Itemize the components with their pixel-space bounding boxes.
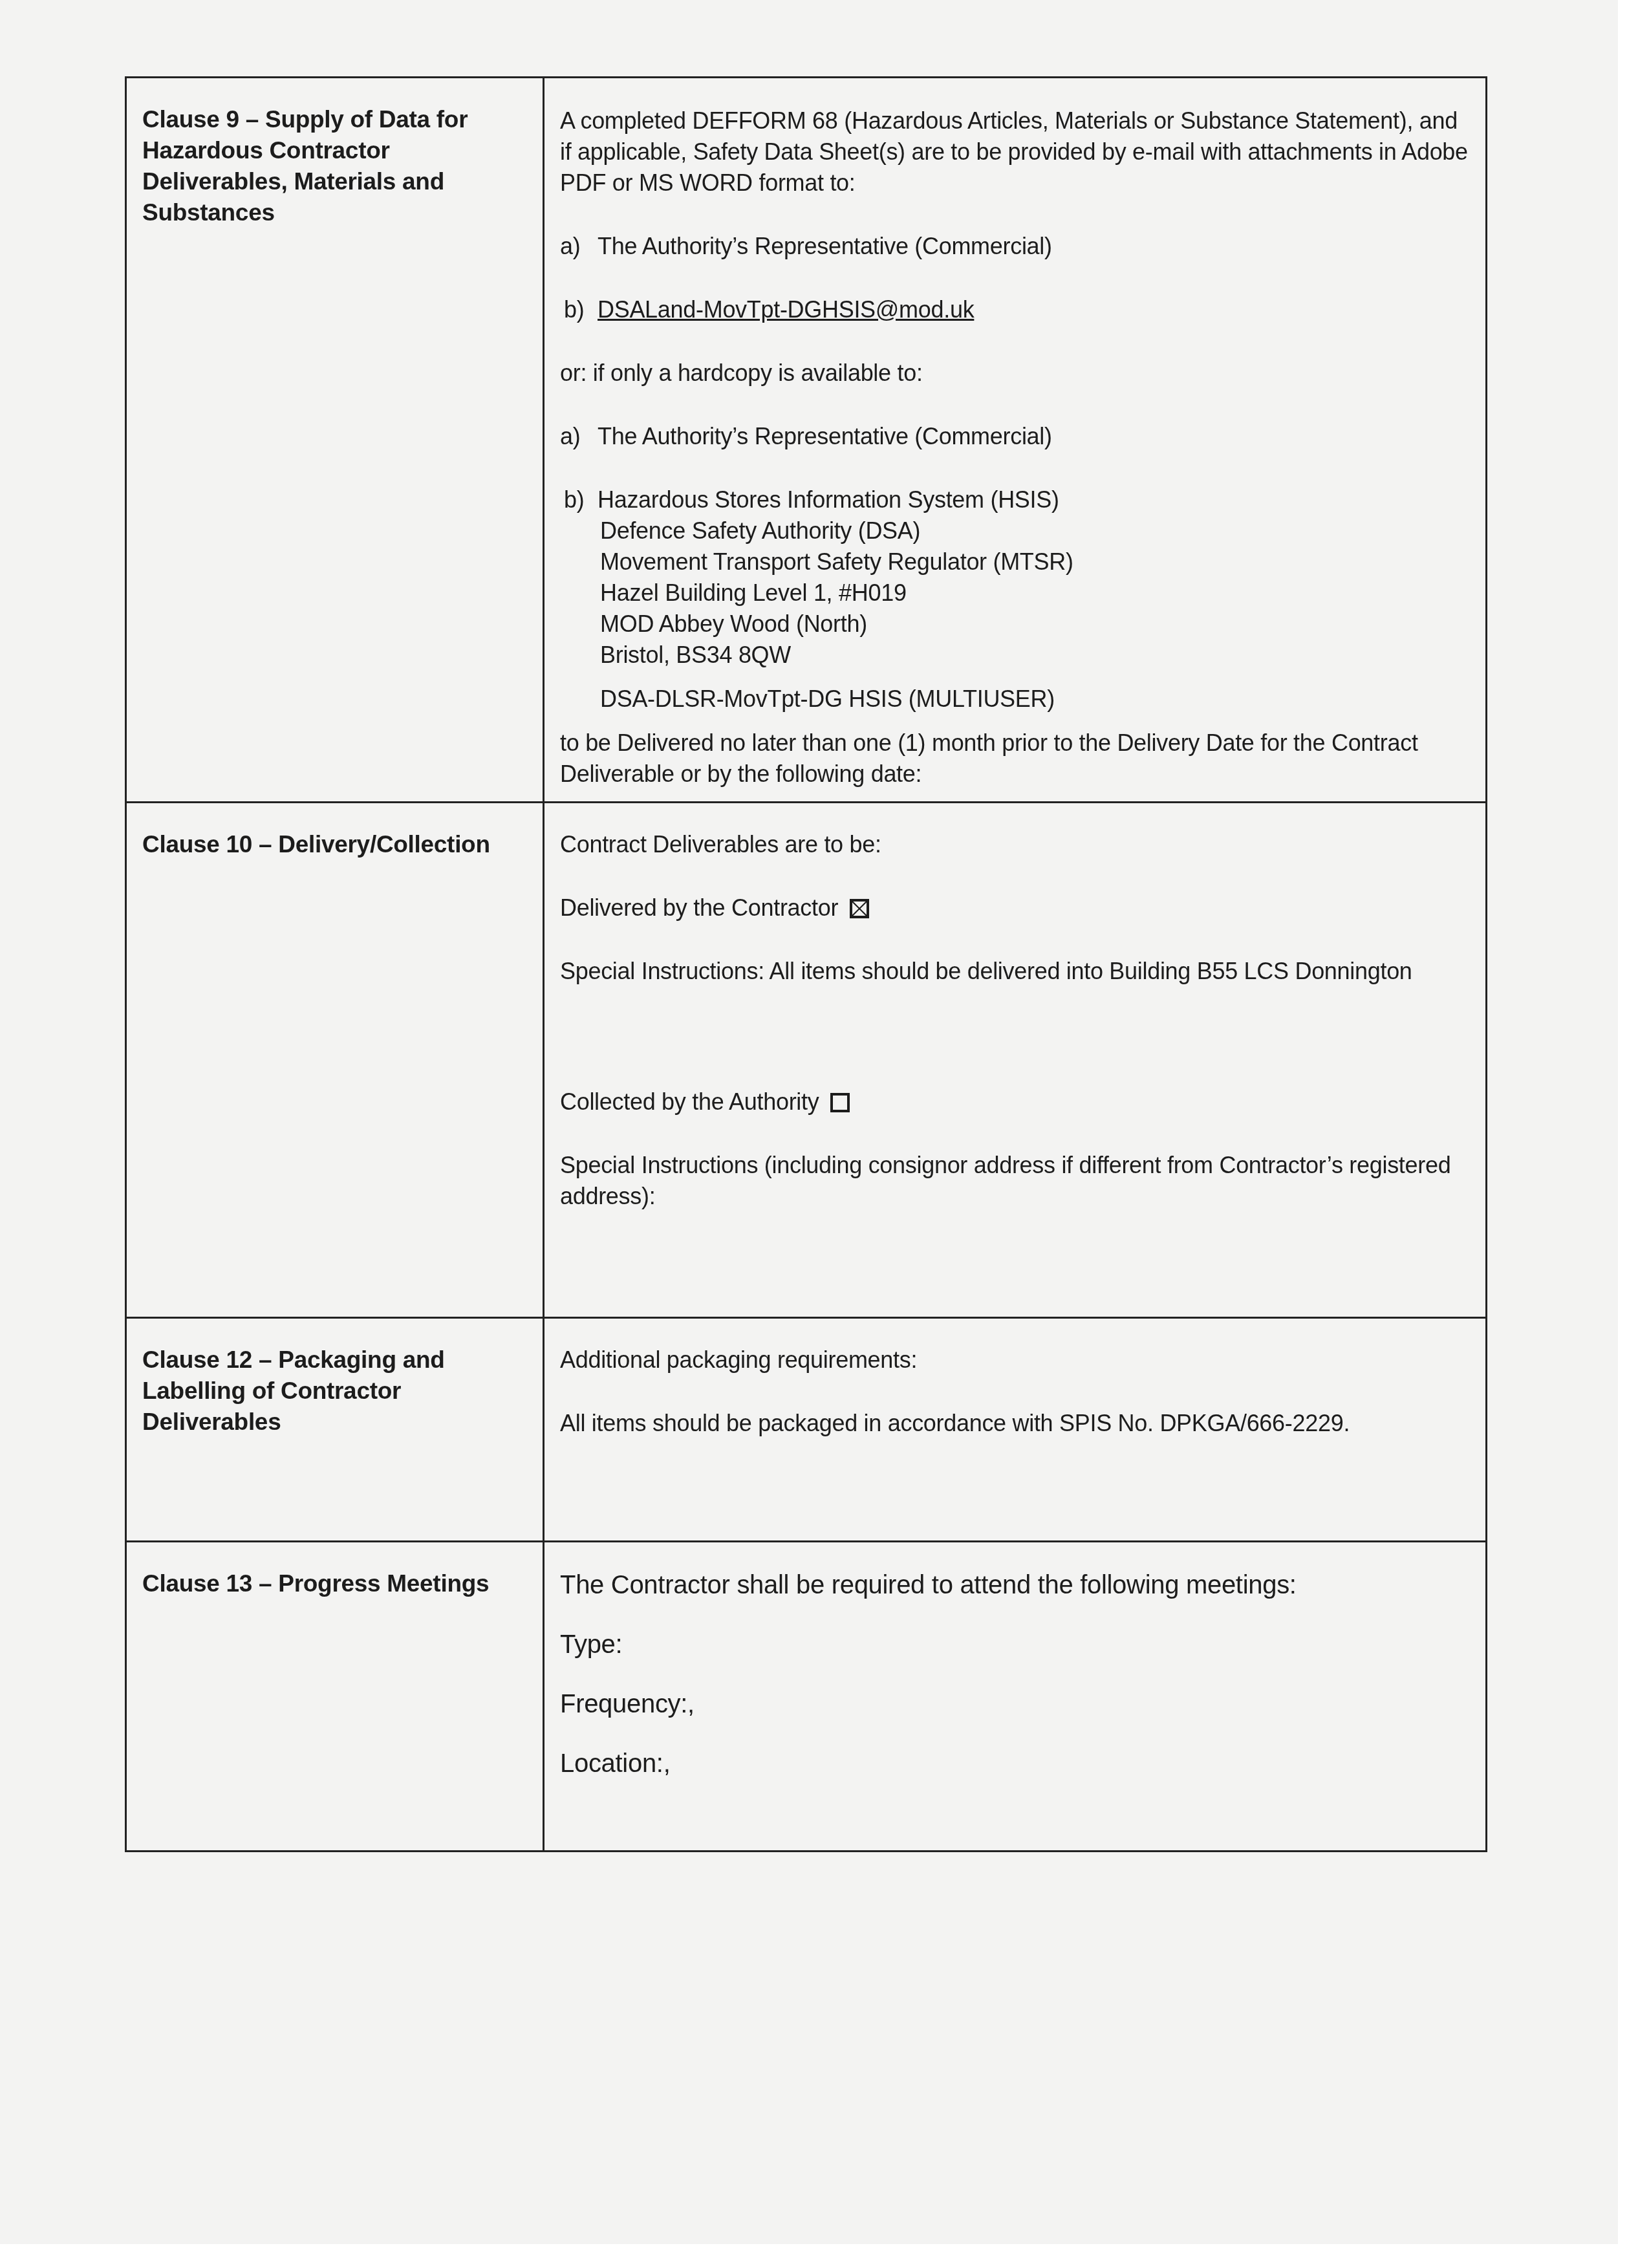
clause-9-deadline: to be Delivered no later than one (1) mo… (560, 728, 1472, 790)
clause-13-row: Clause 13 – Progress Meetings The Contra… (126, 1542, 1487, 1852)
clause-9-label-cell: Clause 9 – Supply of Data for Hazardous … (126, 78, 544, 803)
clause-12-content-cell: Additional packaging requirements: All i… (544, 1318, 1487, 1542)
scanned-page: Clause 9 – Supply of Data for Hazardous … (0, 0, 1618, 2244)
clause-9-content-cell: A completed DEFFORM 68 (Hazardous Articl… (544, 78, 1487, 803)
clause-13-label: Clause 13 – Progress Meetings (127, 1542, 543, 1599)
clause-10-content-cell: Contract Deliverables are to be: Deliver… (544, 803, 1487, 1318)
email-recipient-b: b) DSALand-MovTpt-DGHSIS@mod.uk (560, 294, 1472, 325)
clause-12-requirement: All items should be packaged in accordan… (560, 1408, 1472, 1439)
meeting-location-field: Location:, (560, 1747, 1472, 1780)
hardcopy-intro: or: if only a hardcopy is available to: (560, 358, 1472, 389)
collected-option: Collected by the Authority (560, 1086, 1472, 1118)
postal-address: Defence Safety Authority (DSA) Movement … (560, 515, 1472, 715)
clause-13-label-cell: Clause 13 – Progress Meetings (126, 1542, 544, 1852)
delivered-option: Delivered by the Contractor (560, 892, 1472, 923)
clause-9-label: Clause 9 – Supply of Data for Hazardous … (127, 78, 543, 228)
meeting-type-field: Type: (560, 1628, 1472, 1661)
hardcopy-recipient-a: a) The Authority’s Representative (Comme… (560, 421, 1472, 452)
clauses-table: Clause 9 – Supply of Data for Hazardous … (125, 76, 1487, 1852)
email-recipient-a: a) The Authority’s Representative (Comme… (560, 231, 1472, 262)
clause-10-label: Clause 10 – Delivery/Collection (127, 803, 543, 860)
collected-checkbox[interactable] (830, 1093, 850, 1112)
hardcopy-recipient-b: b) Hazardous Stores Information System (… (560, 484, 1472, 515)
clause-12-intro: Additional packaging requirements: (560, 1345, 1472, 1376)
clause-9-intro: A completed DEFFORM 68 (Hazardous Articl… (560, 105, 1472, 199)
clause-13-intro: The Contractor shall be required to atte… (560, 1568, 1472, 1602)
delivered-instructions: Special Instructions: All items should b… (560, 956, 1472, 987)
clause-12-row: Clause 12 – Packaging and Labelling of C… (126, 1318, 1487, 1542)
clause-9-row: Clause 9 – Supply of Data for Hazardous … (126, 78, 1487, 803)
delivered-checkbox[interactable] (850, 899, 869, 918)
collected-instructions: Special Instructions (including consigno… (560, 1150, 1472, 1212)
email-link[interactable]: DSALand-MovTpt-DGHSIS@mod.uk (598, 294, 974, 325)
clause-12-label: Clause 12 – Packaging and Labelling of C… (127, 1319, 543, 1438)
clause-10-label-cell: Clause 10 – Delivery/Collection (126, 803, 544, 1318)
clause-13-content-cell: The Contractor shall be required to atte… (544, 1542, 1487, 1852)
clause-12-label-cell: Clause 12 – Packaging and Labelling of C… (126, 1318, 544, 1542)
clause-10-row: Clause 10 – Delivery/Collection Contract… (126, 803, 1487, 1318)
mailbox-name: DSA-DLSR-MovTpt-DG HSIS (MULTIUSER) (600, 684, 1472, 715)
clause-10-intro: Contract Deliverables are to be: (560, 829, 1472, 860)
meeting-frequency-field: Frequency:, (560, 1687, 1472, 1721)
